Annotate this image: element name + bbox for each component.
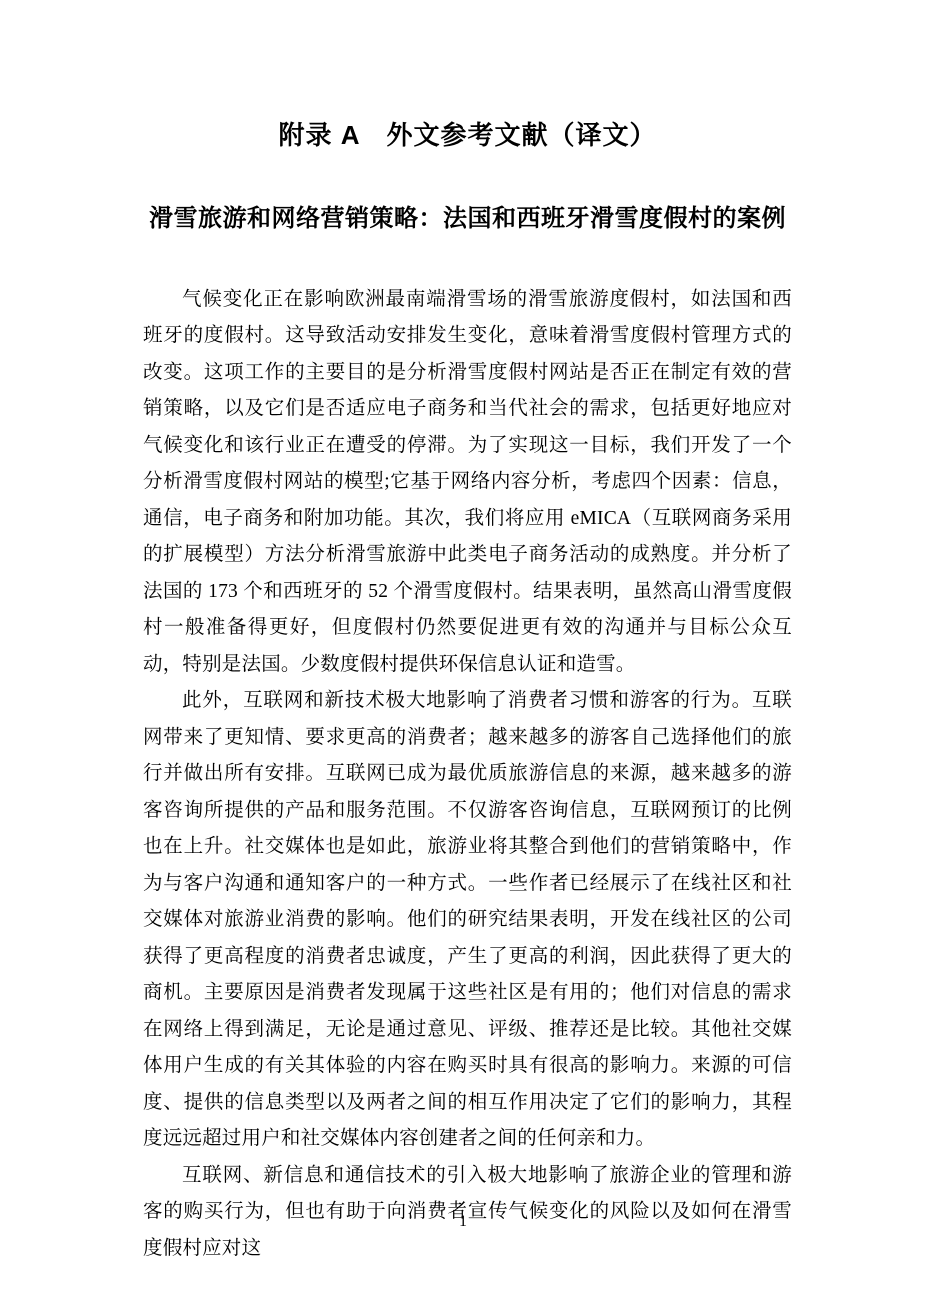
paragraph-abstract: 气候变化正在影响欧洲最南端滑雪场的滑雪旅游度假村，如法国和西班牙的度假村。这导致… <box>143 282 792 684</box>
document-body: 气候变化正在影响欧洲最南端滑雪场的滑雪旅游度假村，如法国和西班牙的度假村。这导致… <box>143 282 792 1268</box>
appendix-title: 附录 A 外文参考文献（译文） <box>143 120 792 151</box>
article-title: 滑雪旅游和网络营销策略：法国和西班牙滑雪度假村的案例 <box>143 205 792 234</box>
document-content: 附录 A 外文参考文献（译文） 滑雪旅游和网络营销策略：法国和西班牙滑雪度假村的… <box>0 0 926 1267</box>
page-number: 1 <box>0 1212 926 1232</box>
document-page: 附录 A 外文参考文献（译文） 滑雪旅游和网络营销策略：法国和西班牙滑雪度假村的… <box>0 0 926 1309</box>
paragraph-internet-influence: 此外，互联网和新技术极大地影响了消费者习惯和游客的行为。互联网带来了更知情、要求… <box>143 683 792 1158</box>
